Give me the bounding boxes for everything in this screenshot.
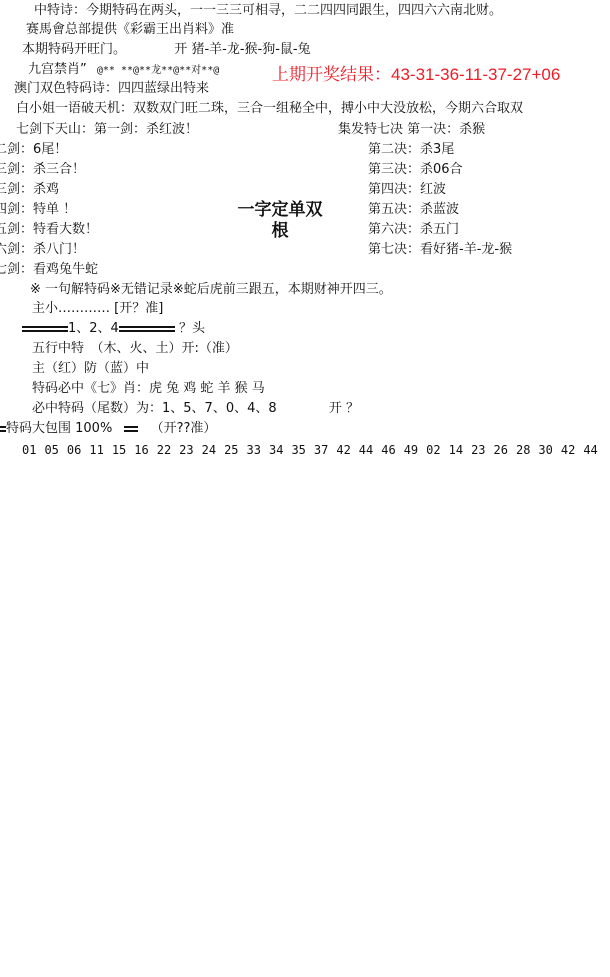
special-poem: 中特诗：今期特码在两头，一一三三可相寻，二二四四同跟生，四四六六南北财。 [34, 2, 502, 20]
tip-label: 第五决： [368, 202, 420, 217]
package-number: 37 [314, 443, 328, 457]
package-number: 33 [247, 443, 261, 457]
tip-item: 第二决：杀3尾 [368, 141, 454, 159]
sword-label: 五剑： [0, 222, 33, 237]
heads-suffix: ？头 [179, 321, 205, 336]
package-number: 25 [224, 443, 238, 457]
seven-zodiac-line: 特码必中《七》肖：虎 兔 鸡 蛇 羊 猴 马 [32, 380, 265, 398]
tip-value: 看好猪-羊-龙-猴 [420, 242, 512, 257]
bar-icon [22, 324, 68, 334]
sword-item: 三剑：杀三合！ [0, 161, 85, 179]
package-line: 特码大包围 100% （开??准） [0, 420, 216, 438]
sword-item: 三剑：杀鸡 [0, 181, 59, 199]
package-number: 30 [538, 443, 552, 457]
last-result-value: 43-31-36-11-37-27+06 [391, 65, 560, 84]
package-suffix: （开??准） [151, 421, 217, 436]
main-color-line: 主（红）防（蓝）中 [32, 360, 149, 378]
package-numbers: 0105061115162223242533343537424446490214… [22, 441, 606, 459]
tail-numbers-line: 必中特码（尾数）为：1、5、7、0、4、8 开 ？ [32, 400, 359, 418]
package-number: 15 [112, 443, 126, 457]
sword-label: 三剑： [0, 182, 33, 197]
seven-swords-title: 七剑下天山：第一剑：杀红波！ [16, 121, 198, 139]
package-number: 16 [134, 443, 148, 457]
package-number: 06 [67, 443, 81, 457]
package-number: 28 [516, 443, 530, 457]
package-number: 42 [336, 443, 350, 457]
tip-value: 红波 [420, 182, 446, 197]
bar-icon [124, 424, 138, 434]
tip-value: 杀蓝波 [420, 202, 459, 217]
open-line: 本期特码开旺门。 开 猪-羊-龙-猴-狗-鼠-兔 [22, 41, 311, 59]
sword-label: 三剑： [0, 162, 33, 177]
macau-poem: 澳门双色特码诗：四四蓝绿出特来 [14, 80, 209, 98]
sword-label: 六剑： [0, 242, 33, 257]
sword-label: 七剑： [0, 262, 33, 277]
bar-icon [119, 324, 175, 334]
seven-tips-title: 集发特七决 第一决：杀猴 [338, 121, 485, 139]
package-number: 46 [381, 443, 395, 457]
miss-bai-line: 白小姐一语破天机：双数双门旺二珠，三合一组秘全中，搏小中大没放松，今期六合取双 [16, 100, 523, 118]
last-result: 上期开奖结果：43-31-36-11-37-27+06 [272, 64, 560, 86]
provider-line: 赛馬會总部提供《彩霸王出肖料》准 [26, 21, 234, 39]
sword-value: 杀八门！ [33, 242, 85, 257]
sword-item: 四剑：特单 ！ [0, 201, 76, 219]
package-number: 22 [157, 443, 171, 457]
package-number: 23 [179, 443, 193, 457]
sword-value: 看鸡兔牛蛇 [33, 262, 98, 277]
sword-value: 杀三合！ [33, 162, 85, 177]
sword-value: 6尾！ [33, 142, 67, 157]
special-poem-label: 中特诗： [34, 3, 86, 18]
big-title-line2: 根 [228, 221, 332, 242]
tip-item: 第七决：看好猪-羊-龙-猴 [368, 241, 512, 259]
package-number: 23 [471, 443, 485, 457]
package-number: 14 [449, 443, 463, 457]
jiugong-line: 九宫禁肖” @** **@**龙**@**对**@ [28, 61, 219, 79]
package-number: 11 [89, 443, 103, 457]
tip-item: 第六决：杀五门 [368, 221, 459, 239]
package-number: 35 [291, 443, 305, 457]
tip-value: 杀3尾 [420, 142, 454, 157]
tip-item: 第四决：红波 [368, 181, 446, 199]
tip-value: 杀06合 [420, 162, 463, 177]
package-number: 44 [359, 443, 373, 457]
tip-label: 第三决： [368, 162, 420, 177]
package-number: 01 [22, 443, 36, 457]
open-label: 开 [174, 42, 187, 57]
jiugong-code: @** **@**龙**@**对**@ [97, 65, 219, 76]
package-number: 49 [404, 443, 418, 457]
tip-value: 杀五门 [420, 222, 459, 237]
tip-label: 第七决： [368, 242, 420, 257]
package-number: 02 [426, 443, 440, 457]
special-poem-text: 今期特码在两头，一一三三可相寻，二二四四同跟生，四四六六南北财。 [86, 3, 502, 18]
tip-label: 第四决： [368, 182, 420, 197]
heads-numbers: 1、2、4 [68, 321, 119, 336]
last-result-label: 上期开奖结果： [272, 65, 391, 84]
main-small-line: 主小………… [开？准] [32, 300, 163, 318]
big-title: 一字定单双 根 [228, 200, 332, 242]
tip-label: 第六决： [368, 222, 420, 237]
sword-value: 杀鸡 [33, 182, 59, 197]
tail-numbers-open: 开 ？ [329, 401, 359, 416]
sword-label: 四剑： [0, 202, 33, 217]
big-title-line1: 一字定单双 [228, 200, 332, 221]
tip-item: 第三决：杀06合 [368, 161, 463, 179]
sword-item: 六剑：杀八门！ [0, 241, 85, 259]
sword-label: 二剑： [0, 142, 33, 157]
sword-item: 七剑：看鸡兔牛蛇 [0, 261, 98, 279]
sword-item: 五剑：特看大数！ [0, 221, 98, 239]
heads-line: 1、2、4 ？头 [22, 320, 205, 338]
package-number: 44 [583, 443, 597, 457]
package-number: 26 [494, 443, 508, 457]
open-zodiacs: 猪-羊-龙-猴-狗-鼠-兔 [191, 42, 310, 57]
package-label: 特码大包围 100% [6, 421, 112, 436]
package-number: 24 [202, 443, 216, 457]
package-number: 42 [561, 443, 575, 457]
tip-label: 第二决： [368, 142, 420, 157]
jiugong-label: 九宫禁肖” [28, 62, 87, 77]
five-elements-line: 五行中特 （木、火、土）开:（准） [32, 340, 238, 358]
package-number: 05 [44, 443, 58, 457]
sword-item: 二剑：6尾！ [0, 141, 67, 159]
sword-value: 特单 ！ [33, 202, 76, 217]
one-sentence-line: ※ 一句解特码※无错记录※蛇后虎前三跟五，本期财神开四三。 [30, 281, 392, 299]
tail-numbers-label: 必中特码（尾数）为：1、5、7、0、4、8 [32, 401, 277, 416]
tip-item: 第五决：杀蓝波 [368, 201, 459, 219]
sword-value: 特看大数！ [33, 222, 98, 237]
package-number: 34 [269, 443, 283, 457]
open-line-text: 本期特码开旺门。 [22, 42, 126, 57]
